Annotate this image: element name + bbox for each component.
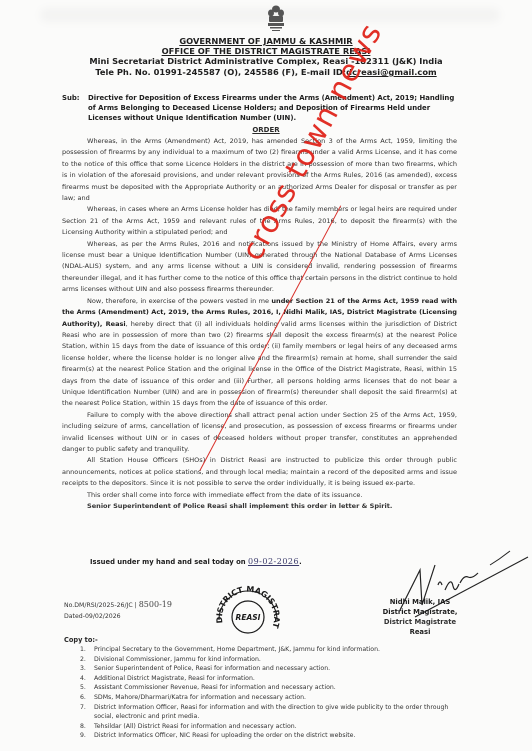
- seal-outer-text: DISTRICT MAGISTRATE: [213, 580, 281, 630]
- copy-to-item: 4.Additional District Magistrate, Reasi …: [80, 674, 460, 684]
- paragraph-4-intro: Now, therefore, in exercise of the power…: [87, 297, 271, 305]
- header-government: GOVERNMENT OF JAMMU & KASHMIR: [0, 36, 532, 46]
- paragraph-4: Now, therefore, in exercise of the power…: [62, 296, 457, 410]
- copy-to-label: Copy to:-: [64, 636, 98, 644]
- copy-to-item-text: Additional District Magistrate, Reasi fo…: [94, 675, 255, 682]
- signatory-seal-line: District Magistrate: [360, 617, 480, 627]
- copy-to-item-text: District Information Officer, Reasi for …: [94, 704, 448, 721]
- order-body: Whereas, in the Arms (Amendment) Act, 20…: [62, 136, 457, 512]
- paragraph-4-directions: , hereby direct that (i) all individuals…: [62, 320, 457, 408]
- copy-to-item: 7.District Information Officer, Reasi fo…: [80, 703, 460, 722]
- copy-to-item-number: 2.: [80, 655, 86, 665]
- paragraph-5: Failure to comply with the above directi…: [62, 410, 457, 456]
- official-seal-stamp: DISTRICT MAGISTRATE REASI: [213, 580, 283, 650]
- issued-date: 09-02-2026: [248, 557, 299, 566]
- copy-to-item-text: Tehsildar (All) District Reasi for infor…: [94, 723, 297, 730]
- paragraph-6: All Station House Officers (SHOs) in Dis…: [62, 455, 457, 489]
- copy-to-item-text: Senior Superintendent of Police, Reasi f…: [94, 665, 330, 672]
- dated-value: 09/02/2026: [85, 613, 121, 620]
- copy-to-item: 8.Tehsildar (All) District Reasi for inf…: [80, 722, 460, 732]
- reference-number-printed: No.DM/RSI/2025-26/JC: [64, 602, 133, 609]
- paragraph-1: Whereas, in the Arms (Amendment) Act, 20…: [62, 136, 457, 204]
- paragraph-2: Whereas, in cases where an Arms License …: [62, 204, 457, 238]
- issued-text: Issued under my hand and seal today on: [90, 558, 248, 566]
- subject-text: Directive for Deposition of Excess Firea…: [88, 93, 458, 123]
- copy-to-item-number: 9.: [80, 731, 86, 741]
- header-address: Mini Secretariat District Administrative…: [0, 56, 532, 66]
- reference-date: Dated-09/02/2026: [64, 611, 172, 622]
- copy-to-item-text: Divisional Commissioner, Jammu for kind …: [94, 656, 261, 663]
- copy-to-item: 2.Divisional Commissioner, Jammu for kin…: [80, 655, 460, 665]
- contact-phone: Tele Ph. No. 01991-245587 (O), 245586 (F…: [95, 67, 346, 77]
- copy-to-item: 5.Assistant Commissioner Revenue, Reasi …: [80, 683, 460, 693]
- copy-to-list: 1.Principal Secretary to the Government,…: [80, 645, 460, 741]
- email-link[interactable]: dcreasi@gmail.com: [346, 67, 437, 77]
- paragraph-3: Whereas, as per the Arms Rules, 2016 and…: [62, 239, 457, 296]
- copy-to-item-number: 8.: [80, 722, 86, 732]
- svg-text:DISTRICT MAGISTRATE: DISTRICT MAGISTRATE: [213, 580, 281, 630]
- signatory-name: Nidhi Malik, IAS: [360, 597, 480, 607]
- order-document: GOVERNMENT OF JAMMU & KASHMIR OFFICE OF …: [0, 0, 532, 751]
- copy-to-item-number: 3.: [80, 664, 86, 674]
- copy-to-item-text: Assistant Commissioner Revenue, Reasi fo…: [94, 684, 336, 691]
- signatory-title: District Magistrate,: [360, 607, 480, 617]
- header-office: OFFICE OF THE DISTRICT MAGISTRATE REASI: [0, 46, 532, 56]
- copy-to-item: 3.Senior Superintendent of Police, Reasi…: [80, 664, 460, 674]
- seal-inner-text: REASI: [236, 613, 261, 622]
- copy-to-item-number: 6.: [80, 693, 86, 703]
- signatory-place: Reasi: [360, 627, 480, 637]
- reference-block: No.DM/RSI/2025-26/JC | 8500-19 Dated-09/…: [64, 599, 172, 622]
- copy-to-item: 6.SDMs, Mahore/Dharmari/Katra for inform…: [80, 693, 460, 703]
- copy-to-item-text: SDMs, Mahore/Dharmari/Katra for informat…: [94, 694, 306, 701]
- issued-line: Issued under my hand and seal today on 0…: [90, 557, 302, 566]
- reference-number-handwritten: 8500-19: [139, 600, 172, 609]
- national-emblem-icon: [265, 4, 287, 34]
- copy-to-item-number: 7.: [80, 703, 86, 713]
- order-title: ORDER: [0, 126, 532, 134]
- copy-to-item-text: Principal Secretary to the Government, H…: [94, 646, 380, 653]
- copy-to-item-number: 5.: [80, 683, 86, 693]
- copy-to-item-text: District Informatics Officer, NIC Reasi …: [94, 732, 355, 739]
- copy-to-item-number: 4.: [80, 674, 86, 684]
- copy-to-item-number: 1.: [80, 645, 86, 655]
- signatory-block: Nidhi Malik, IAS District Magistrate, Di…: [360, 597, 480, 637]
- copy-to-item: 1.Principal Secretary to the Government,…: [80, 645, 460, 655]
- dated-label: Dated-: [64, 613, 85, 620]
- header-contact: Tele Ph. No. 01991-245587 (O), 245586 (F…: [0, 67, 532, 77]
- subject: Sub:Directive for Deposition of Excess F…: [62, 93, 462, 123]
- reference-number: No.DM/RSI/2025-26/JC | 8500-19: [64, 599, 172, 611]
- subject-label: Sub:: [62, 93, 88, 103]
- copy-to-item: 9.District Informatics Officer, NIC Reas…: [80, 731, 460, 741]
- paragraph-7: This order shall come into force with im…: [62, 490, 457, 501]
- paragraph-8: Senior Superintendent of Police Reasi sh…: [62, 501, 457, 512]
